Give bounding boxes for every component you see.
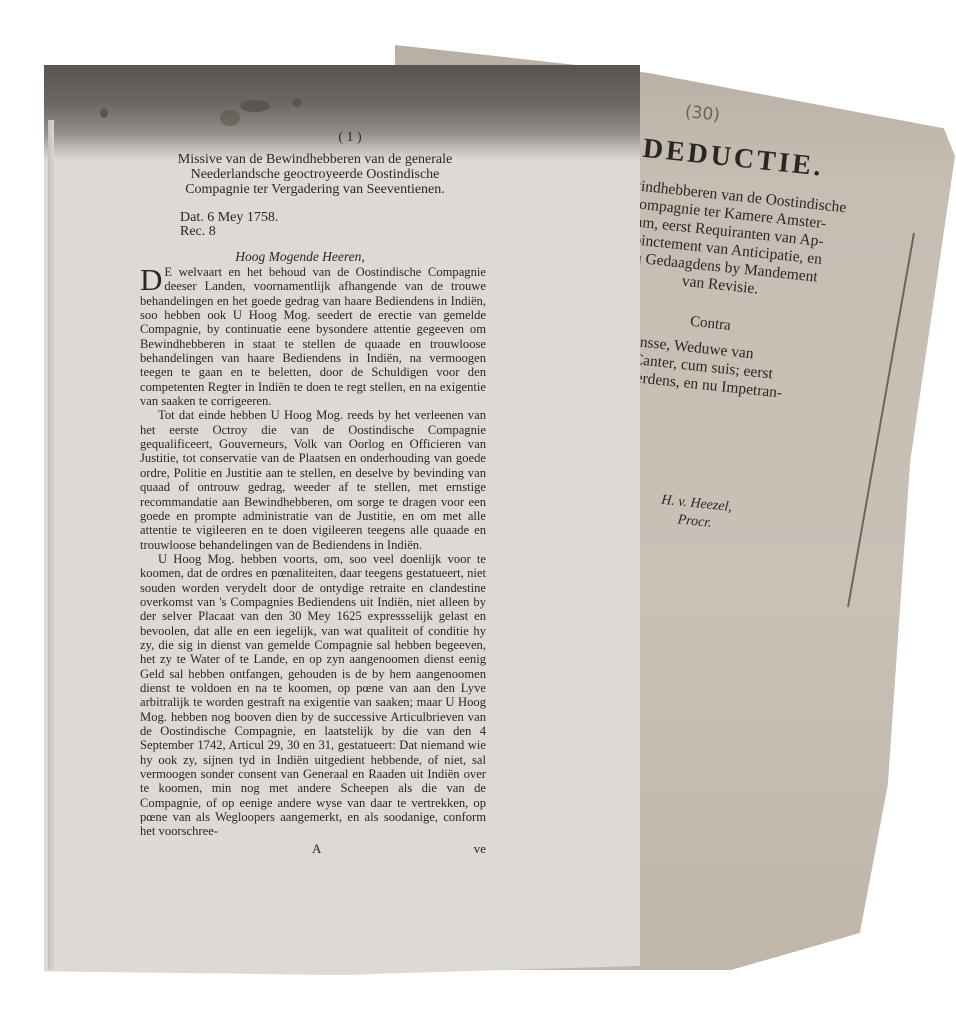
salutation: Hoog Mogende Heeren, <box>60 249 540 265</box>
page-number: ( 1 ) <box>160 130 540 146</box>
dat-label: Dat. <box>180 210 204 225</box>
catchword: ve <box>474 841 486 857</box>
rec-line: Rec. 8 <box>180 225 540 239</box>
dat-day: 6 <box>207 210 214 225</box>
deductie-title: DEDUCTIE. <box>641 133 825 184</box>
signature-mark: A <box>312 841 321 857</box>
document-photograph: (30) t by DEDUCTIE. Bewindhebberen van d… <box>0 0 956 1024</box>
rec-label: Rec. <box>180 224 205 239</box>
right-signature: H. v. Heezel, Procr. <box>658 492 732 535</box>
stain-spot <box>240 100 270 112</box>
drop-cap: D <box>140 267 162 293</box>
month-year: Mey 1758. <box>218 210 279 225</box>
dat-line: Dat. 6 Mey 1758. <box>180 211 540 225</box>
missive-body: DE welvaart en het behoud van de Oostind… <box>140 265 486 839</box>
stain-spot <box>292 98 302 107</box>
page-footer: A ve <box>140 841 486 857</box>
paragraph: DE welvaart en het behoud van de Oostind… <box>140 265 486 408</box>
paragraph: Tot dat einde hebben U Hoog Mog. reeds b… <box>140 408 486 551</box>
stain-spot <box>100 108 108 118</box>
contra-heading: Contra <box>689 314 731 335</box>
paragraph-text: E welvaart en het behoud van de Oostindi… <box>140 265 486 408</box>
rec-day: 8 <box>209 224 216 239</box>
stain-spot <box>220 110 240 126</box>
missive-heading: Missive van de Bewindhebberen van de gen… <box>170 152 460 197</box>
binding-edge <box>48 120 54 970</box>
date-block: Dat. 6 Mey 1758. Rec. 8 <box>180 211 540 239</box>
missive-text-area: ( 1 ) Missive van de Bewindhebberen van … <box>140 130 540 857</box>
handwritten-page-number: (30) <box>684 102 721 126</box>
paragraph: U Hoog Mog. hebben voorts, om, soo veel … <box>140 552 486 839</box>
